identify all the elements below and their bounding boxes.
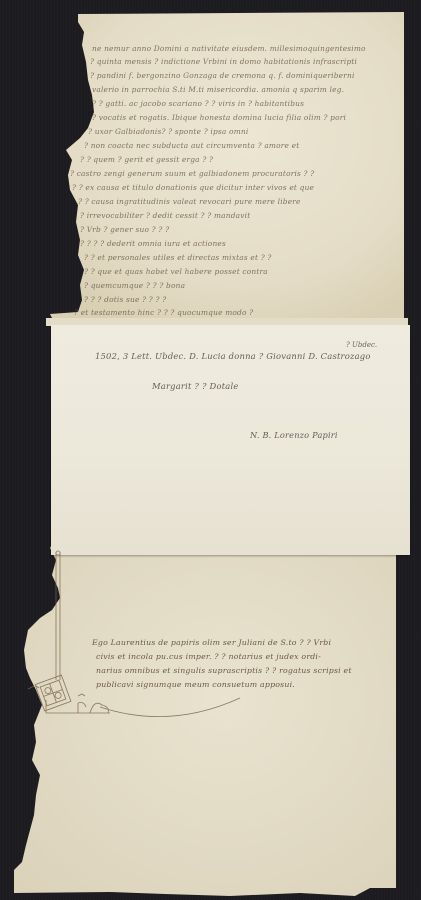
notary-line: civis et incola pu.cus imper. ? ? notari…: [96, 652, 321, 661]
notary-line: publicavi signumque meum consuetum appos…: [96, 680, 295, 689]
notary-line: narius omnibus et singulis suprascriptis…: [96, 666, 352, 675]
notary-line: Ego Laurentius de papiris olim ser Julia…: [92, 638, 331, 647]
notary-signum-drawing: [0, 0, 421, 900]
